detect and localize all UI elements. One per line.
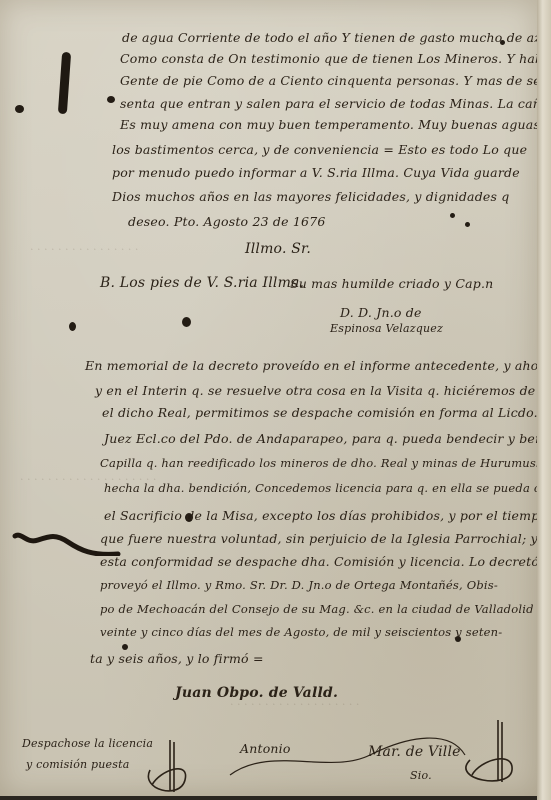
ink-blot-icon: [465, 222, 470, 227]
decree-line: esta conformidad se despache dha. Comisi…: [100, 554, 551, 569]
closing-right: Su mas humilde criado y Cap.n: [290, 276, 493, 291]
decree-line: el dicho Real, permitimos se despache co…: [102, 405, 538, 420]
decree-line: que fuere nuestra voluntad, sin perjuici…: [100, 531, 551, 546]
letter-line: Dios muchos años en las mayores felicida…: [112, 189, 510, 204]
salutation: Illmo. Sr.: [245, 241, 311, 257]
letter-line: senta que entran y salen para el servici…: [120, 96, 551, 111]
letter-line: los bastimentos cerca, y de conveniencia…: [112, 142, 527, 157]
decree-line: hecha la dha. bendición, Concedemos lice…: [104, 481, 551, 495]
page-edge: [537, 0, 551, 800]
decree-line: En memorial de la decreto proveído en el…: [85, 358, 551, 373]
letter-line: deseo. Pto. Agosto 23 de 1676: [128, 214, 326, 229]
letter-line: de agua Corriente de todo el año Y tiene…: [122, 30, 551, 45]
closing-left: B. Los pies de V. S.ria Illma.: [100, 275, 304, 291]
letter-line: Como consta de On testimonio que de tien…: [120, 51, 551, 66]
decree-line: y en el Interin q. se resuelve otra cosa…: [95, 383, 535, 398]
ink-blot-icon: [107, 96, 115, 103]
decree-line: Juez Ecl.co del Pdo. de Andaparapeo, par…: [104, 431, 551, 446]
signature-name: Espinosa Velazquez: [330, 322, 443, 335]
ink-blot-icon: [69, 322, 76, 331]
manuscript-page: . . . . . . . . . . . . . . . . . . . . …: [0, 0, 537, 796]
dispatch-note: Despachose la licencia: [22, 737, 153, 750]
dispatch-note: y comisión puesta: [26, 758, 129, 771]
signature-flourish-icon: [210, 735, 470, 785]
bishop-signature: Juan Obpo. de Valld.: [175, 685, 338, 701]
decree-line: veinte y cinco días del mes de Agosto, d…: [100, 625, 502, 639]
ink-blot-icon: [450, 213, 455, 218]
decree-line: proveyó el Illmo. y Rmo. Sr. Dr. D. Jn.o…: [100, 578, 498, 592]
decree-line: el Sacrificio de la Misa, excepto los dí…: [104, 508, 547, 523]
decree-line: po de Mechoacán del Consejo de su Mag. &…: [100, 602, 551, 616]
rubric-flourish-icon: [140, 740, 200, 800]
letter-line: Es muy amena con muy buen temperamento. …: [120, 117, 551, 132]
ink-blot-icon: [182, 317, 191, 327]
decree-line: Capilla q. han reedificado los mineros d…: [100, 456, 551, 470]
letter-line: por menudo puedo informar a V. S.ria Ill…: [112, 165, 520, 180]
bleed-through-text: . . . . . . . . . . . . . . . .: [30, 240, 138, 253]
letter-line: Gente de pie Como de a Ciento cinquenta …: [120, 73, 545, 88]
ink-blot-icon: [122, 644, 128, 650]
decree-line: ta y seis años, y lo firmó =: [90, 651, 264, 666]
signature-name: D. D. Jn.o de: [340, 305, 422, 320]
ink-blot-icon: [15, 105, 24, 113]
margin-bar-icon: [58, 52, 71, 114]
